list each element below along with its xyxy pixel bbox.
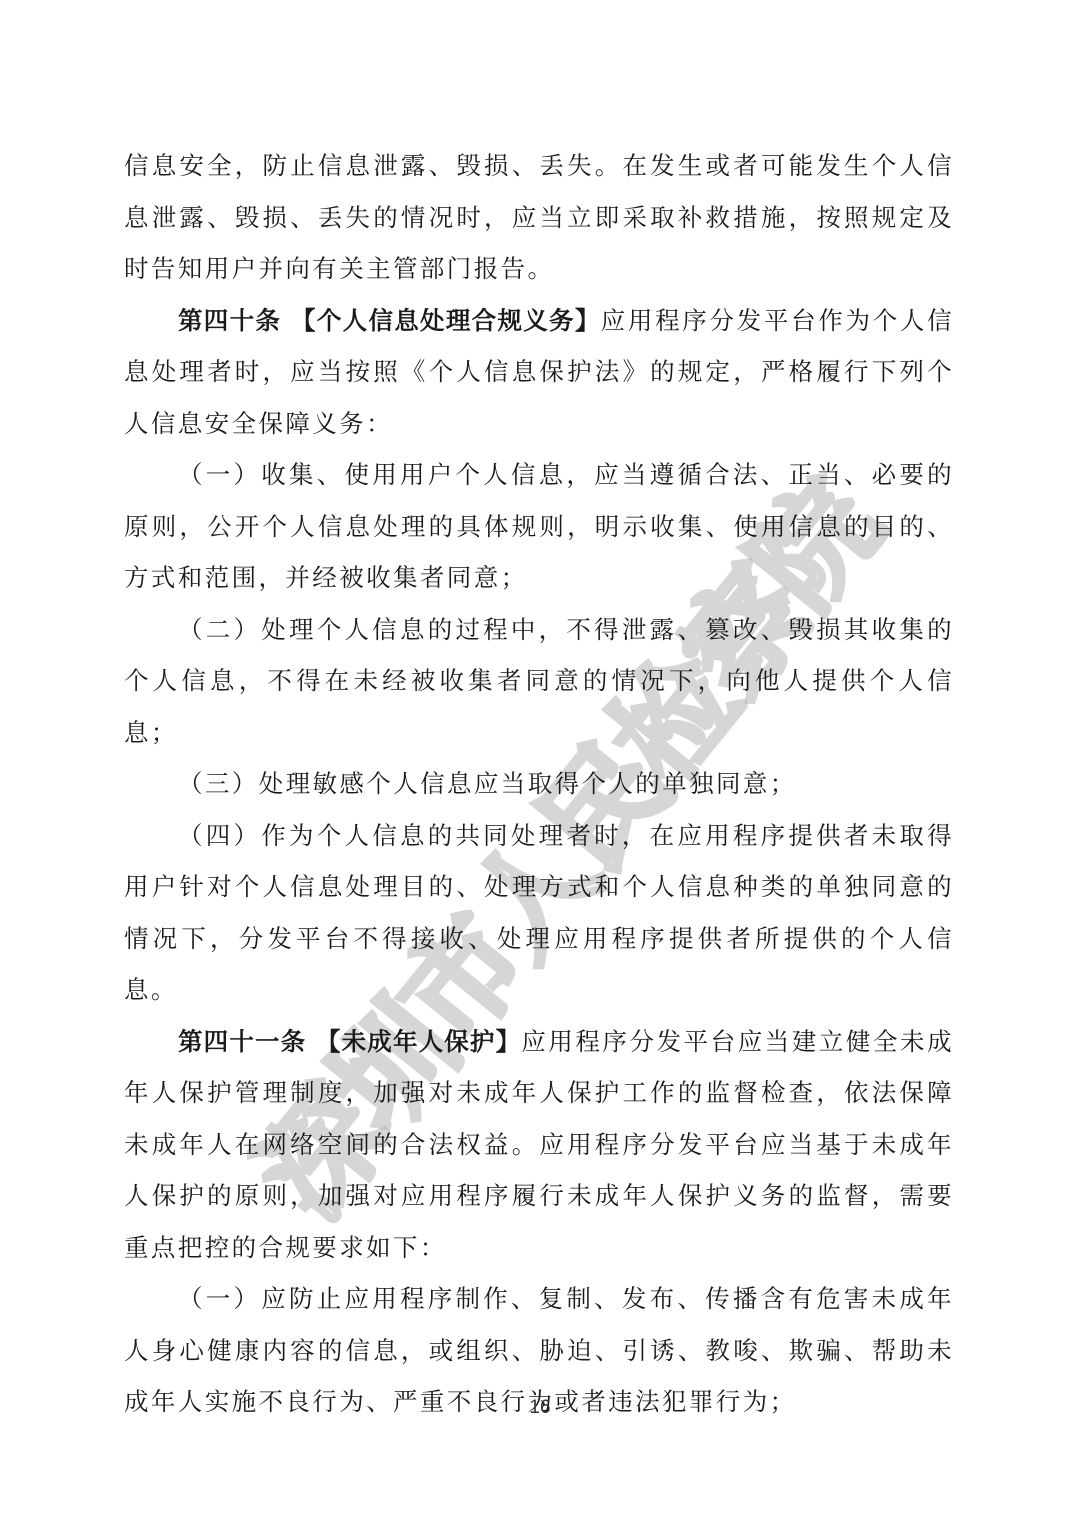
document-body: 信息安全，防止信息泄露、毁损、丢失。在发生或者可能发生个人信息泄露、毁损、丢失的… <box>124 140 954 1428</box>
article-40-item-2: （二）处理个人信息的过程中，不得泄露、篡改、毁损其收集的个人信息，不得在未经被收… <box>124 604 954 759</box>
article-heading: 第四十一条 【未成年人保护】 <box>178 1027 521 1056</box>
article-41: 第四十一条 【未成年人保护】应用程序分发平台应当建立健全未成年人保护管理制度，加… <box>124 1016 954 1274</box>
paragraph-text: （三）处理敏感个人信息应当取得个人的单独同意； <box>178 769 797 798</box>
paragraph-text: （一）收集、使用用户个人信息，应当遵循合法、正当、必要的原则，公开个人信息处理的… <box>124 460 954 592</box>
article-40: 第四十条 【个人信息处理合规义务】应用程序分发平台作为个人信息处理者时，应当按照… <box>124 295 954 450</box>
article-40-item-1: （一）收集、使用用户个人信息，应当遵循合法、正当、必要的原则，公开个人信息处理的… <box>124 449 954 604</box>
paragraph-text: （二）处理个人信息的过程中，不得泄露、篡改、毁损其收集的个人信息，不得在未经被收… <box>124 615 954 747</box>
article-40-item-4: （四）作为个人信息的共同处理者时，在应用程序提供者未取得用户针对个人信息处理目的… <box>124 810 954 1016</box>
document-page: 深圳市人民检察院 信息安全，防止信息泄露、毁损、丢失。在发生或者可能发生个人信息… <box>0 0 1080 1527</box>
article-heading: 第四十条 【个人信息处理合规义务】 <box>178 306 601 335</box>
paragraph-text: 应用程序分发平台应当建立健全未成年人保护管理制度，加强对未成年人保护工作的监督检… <box>124 1027 954 1262</box>
page-number: 16 <box>0 1397 1080 1419</box>
paragraph-text: （四）作为个人信息的共同处理者时，在应用程序提供者未取得用户针对个人信息处理目的… <box>124 821 954 1005</box>
article-40-item-3: （三）处理敏感个人信息应当取得个人的单独同意； <box>124 758 954 810</box>
paragraph-continuation: 信息安全，防止信息泄露、毁损、丢失。在发生或者可能发生个人信息泄露、毁损、丢失的… <box>124 140 954 295</box>
paragraph-text: 信息安全，防止信息泄露、毁损、丢失。在发生或者可能发生个人信息泄露、毁损、丢失的… <box>124 151 954 283</box>
